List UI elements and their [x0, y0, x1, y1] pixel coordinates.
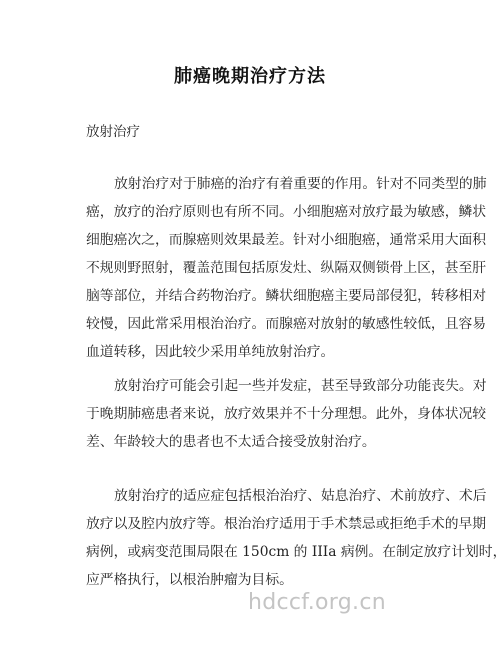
paragraph-line: 于晚期肺癌患者来说，放疗效果并不十分理想。此外，身体状况较	[86, 400, 426, 428]
paragraph-line: 放射治疗可能会引起一些并发症，甚至导致部分功能丧失。对	[86, 372, 426, 400]
paragraph-line: 病例，或病变范围局限在 150cm 的 IIIa 病例。在制定放疗计划时，	[86, 538, 426, 566]
paragraph-line: 放射治疗对于肺癌的治疗有着重要的作用。针对不同类型的肺	[86, 170, 426, 198]
paragraph-line: 较慢，因此常采用根治治疗。而腺癌对放射的敏感性较低，且容易	[86, 310, 426, 338]
watermark: hdccf.org.cn	[248, 590, 386, 615]
paragraph-3: 放射治疗的适应症包括根治治疗、姑息治疗、术前放疗、术后 放疗以及腔内放疗等。根治…	[86, 482, 426, 594]
section-heading: 放射治疗	[86, 120, 140, 140]
document-title: 肺癌晚期治疗方法	[0, 62, 500, 88]
paragraph-2: 放射治疗可能会引起一些并发症，甚至导致部分功能丧失。对 于晚期肺癌患者来说，放疗…	[86, 372, 426, 456]
paragraph-line: 不规则野照射，覆盖范围包括原发灶、纵隔双侧锁骨上区，甚至肝	[86, 254, 426, 282]
paragraph-1: 放射治疗对于肺癌的治疗有着重要的作用。针对不同类型的肺 癌，放疗的治疗原则也有所…	[86, 170, 426, 366]
paragraph-line: 细胞癌次之，而腺癌则效果最差。针对小细胞癌，通常采用大面积	[86, 226, 426, 254]
paragraph-line: 癌，放疗的治疗原则也有所不同。小细胞癌对放疗最为敏感，鳞状	[86, 198, 426, 226]
paragraph-line: 差、年龄较大的患者也不太适合接受放射治疗。	[86, 428, 426, 456]
paragraph-line: 脑等部位，并结合药物治疗。鳞状细胞癌主要局部侵犯，转移相对	[86, 282, 426, 310]
paragraph-line: 血道转移，因此较少采用单纯放射治疗。	[86, 338, 426, 366]
paragraph-line: 放疗以及腔内放疗等。根治治疗适用于手术禁忌或拒绝手术的早期	[86, 510, 426, 538]
paragraph-line: 放射治疗的适应症包括根治治疗、姑息治疗、术前放疗、术后	[86, 482, 426, 510]
document-page: 肺癌晚期治疗方法 放射治疗 放射治疗对于肺癌的治疗有着重要的作用。针对不同类型的…	[0, 0, 500, 647]
